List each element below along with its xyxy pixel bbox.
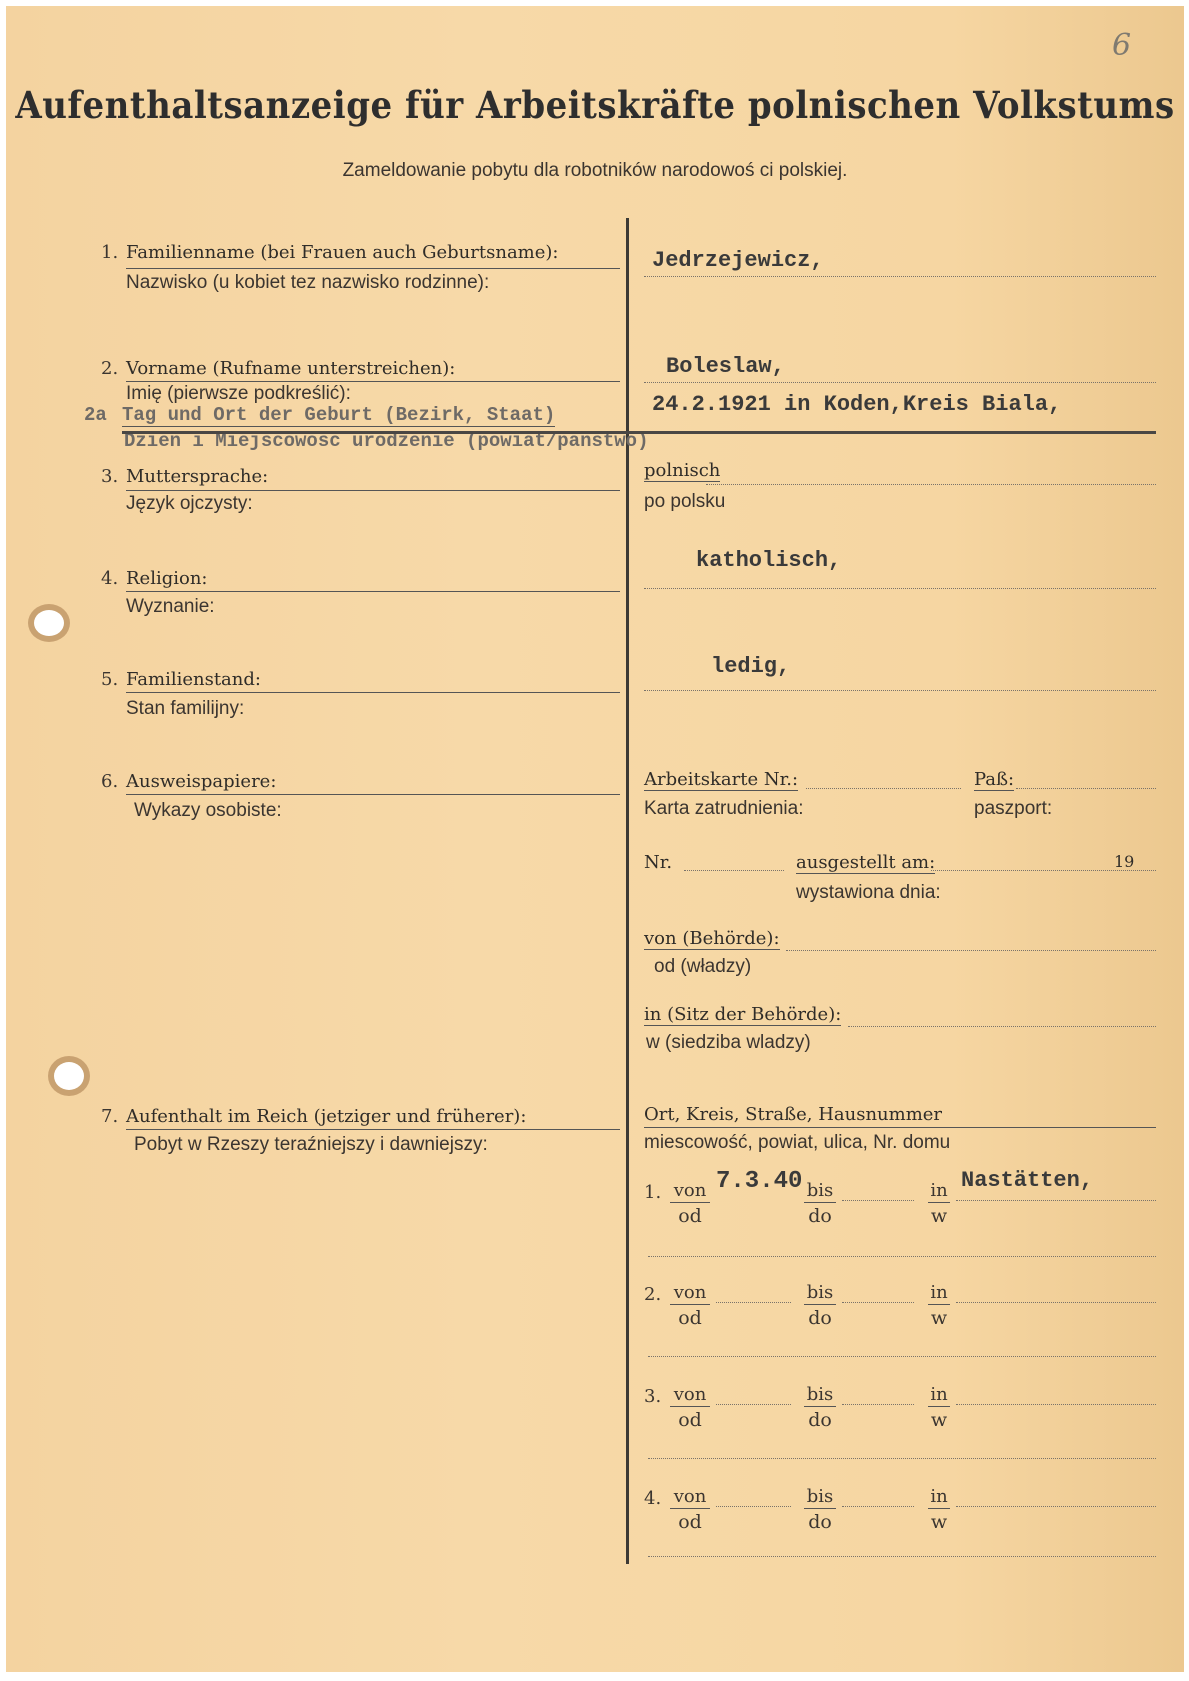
address-underline bbox=[644, 1127, 1156, 1128]
entry-2-von-dotline[interactable] bbox=[716, 1302, 791, 1303]
field-6-label-de: Ausweispapiere: bbox=[126, 771, 276, 792]
arbeitskarte-label-pl: Karta zatrudnienia: bbox=[644, 798, 804, 820]
form-subtitle: Zameldowanie pobytu dla robotników narod… bbox=[6, 160, 1184, 182]
entry-4-von: vonod bbox=[670, 1488, 710, 1532]
field-3-number: 3. bbox=[101, 466, 118, 487]
year-prefix: 19 bbox=[1114, 852, 1134, 871]
field-2-underline bbox=[126, 381, 620, 382]
arbeitskarte-label-de: Arbeitskarte Nr.: bbox=[644, 769, 798, 791]
entry-4-number: 4. bbox=[644, 1488, 661, 1509]
page-number: 6 bbox=[1112, 28, 1131, 63]
field-4-value[interactable]: katholisch, bbox=[696, 548, 841, 573]
entry-3-von: vonod bbox=[670, 1386, 710, 1430]
entry-3-von-dotline[interactable] bbox=[716, 1404, 791, 1405]
entry-1-von-value[interactable]: 7.3.40 bbox=[716, 1168, 802, 1195]
field-2a-rule bbox=[122, 431, 1156, 434]
field-2-value[interactable]: Boleslaw, bbox=[666, 354, 785, 379]
entry-2-number: 2. bbox=[644, 1284, 661, 1305]
entry-1-von: vonod bbox=[670, 1182, 710, 1226]
field-6-label-pl: Wykazy osobiste: bbox=[134, 800, 282, 822]
field-5-value[interactable]: ledig, bbox=[711, 654, 790, 679]
field-2-label-pl: Imię (pierwsze podkreślić): bbox=[126, 383, 351, 405]
entry-2-bis: bisdo bbox=[804, 1284, 836, 1328]
entry-4-von-dotline[interactable] bbox=[716, 1506, 791, 1507]
field-2a-value[interactable]: 24.2.1921 in Koden,Kreis Biala, bbox=[652, 392, 1061, 417]
field-1-label-pl: Nazwisko (u kobiet tez nazwisko rodzinne… bbox=[126, 272, 489, 294]
entry-3-in: inw bbox=[928, 1386, 950, 1430]
entry-1-in-value[interactable]: Nastätten, bbox=[961, 1168, 1093, 1193]
field-1-value[interactable]: Jedrzejewicz, bbox=[652, 248, 824, 273]
field-4-number: 4. bbox=[101, 568, 118, 589]
behoerde-dotline[interactable] bbox=[786, 950, 1156, 951]
field-7-label-de: Aufenthalt im Reich (jetziger und früher… bbox=[126, 1106, 526, 1127]
entry-3-in-dotline[interactable] bbox=[956, 1404, 1156, 1405]
nr-label: Nr. bbox=[644, 852, 672, 873]
ausgestellt-label-pl: wystawiona dnia: bbox=[796, 882, 941, 904]
column-divider bbox=[626, 218, 629, 1564]
entry-1-number: 1. bbox=[644, 1182, 661, 1203]
entry-1-continuation-dotline[interactable] bbox=[648, 1256, 1156, 1257]
entry-1-in-dotline bbox=[956, 1200, 1156, 1201]
sitz-label-pl: w (siedziba wladzy) bbox=[646, 1032, 811, 1054]
field-5-number: 5. bbox=[101, 669, 118, 690]
punch-hole-icon bbox=[54, 1062, 84, 1090]
field-1-label-de: Familienname (bei Frauen auch Geburtsnam… bbox=[126, 242, 558, 263]
entry-4-continuation-dotline[interactable] bbox=[648, 1556, 1156, 1557]
entry-4-in-dotline[interactable] bbox=[956, 1506, 1156, 1507]
entry-4-bis: bisdo bbox=[804, 1488, 836, 1532]
entry-4-bis-dotline[interactable] bbox=[842, 1506, 914, 1507]
entry-2-in-dotline[interactable] bbox=[956, 1302, 1156, 1303]
field-3-underline bbox=[126, 490, 620, 491]
entry-2-continuation-dotline[interactable] bbox=[648, 1356, 1156, 1357]
entry-3-continuation-dotline[interactable] bbox=[648, 1458, 1156, 1459]
field-5-dotline bbox=[644, 690, 1156, 691]
punch-hole-icon bbox=[34, 610, 64, 636]
field-4-underline bbox=[126, 591, 620, 592]
pass-label-pl: paszport: bbox=[974, 798, 1052, 820]
field-3-label-pl: Język ojczysty: bbox=[126, 493, 253, 515]
field-4-label-de: Religion: bbox=[126, 568, 208, 589]
address-label-de: Ort, Kreis, Straße, Hausnummer bbox=[644, 1104, 942, 1125]
field-1-underline bbox=[126, 268, 620, 269]
field-5-label-de: Familienstand: bbox=[126, 669, 261, 690]
field-7-label-pl: Pobyt w Rzeszy teraźniejszy i dawniejszy… bbox=[134, 1134, 488, 1156]
entry-2-in: inw bbox=[928, 1284, 950, 1328]
entry-2-bis-dotline[interactable] bbox=[842, 1302, 914, 1303]
field-4-label-pl: Wyznanie: bbox=[126, 596, 215, 618]
behoerde-label-de: von (Behörde): bbox=[644, 928, 780, 950]
sitz-dotline[interactable] bbox=[848, 1026, 1156, 1027]
pass-label-de: Paß: bbox=[974, 769, 1014, 791]
field-6-number: 6. bbox=[101, 771, 118, 792]
arbeitskarte-dotline[interactable] bbox=[806, 788, 961, 789]
field-5-underline bbox=[126, 692, 620, 693]
entry-1-bis: bisdo bbox=[804, 1182, 836, 1226]
field-7-number: 7. bbox=[101, 1106, 118, 1127]
entry-3-number: 3. bbox=[644, 1386, 661, 1407]
field-2a-number: 2a bbox=[84, 404, 107, 426]
field-5-label-pl: Stan familijny: bbox=[126, 698, 244, 720]
field-3-value-pl: po polsku bbox=[644, 491, 725, 513]
entry-3-bis-dotline[interactable] bbox=[842, 1404, 914, 1405]
entry-1-in: inw bbox=[928, 1182, 950, 1226]
field-2-label-de: Vorname (Rufname unterstreichen): bbox=[126, 358, 455, 379]
field-4-dotline bbox=[644, 588, 1156, 589]
nr-dotline[interactable] bbox=[684, 870, 784, 871]
entry-3-bis: bisdo bbox=[804, 1386, 836, 1430]
form-title: Aufenthaltsanzeige für Arbeitskräfte pol… bbox=[6, 84, 1184, 128]
address-label-pl: miescowość, powiat, ulica, Nr. domu bbox=[644, 1132, 950, 1154]
field-2-number: 2. bbox=[101, 358, 118, 379]
field-1-number: 1. bbox=[101, 242, 118, 263]
form-document: 6 Aufenthaltsanzeige für Arbeitskräfte p… bbox=[6, 6, 1184, 1672]
field-2-dotline bbox=[644, 382, 1156, 383]
sitz-label-de: in (Sitz der Behörde): bbox=[644, 1004, 841, 1026]
entry-2-von: vonod bbox=[670, 1284, 710, 1328]
behoerde-label-pl: od (władzy) bbox=[654, 956, 751, 978]
field-7-underline bbox=[126, 1129, 620, 1130]
field-3-dotline bbox=[706, 484, 1156, 485]
pass-dotline[interactable] bbox=[1016, 788, 1156, 789]
entry-4-in: inw bbox=[928, 1488, 950, 1532]
entry-1-bis-dotline[interactable] bbox=[842, 1200, 914, 1201]
field-1-dotline bbox=[644, 276, 1156, 277]
ausgestellt-label-de: ausgestellt am: bbox=[796, 852, 935, 874]
field-3-value-de: polnisch bbox=[644, 460, 720, 482]
field-3-label-de: Muttersprache: bbox=[126, 466, 268, 487]
field-6-underline bbox=[126, 794, 620, 795]
field-2a-label-de: Tag und Ort der Geburt (Bezirk, Staat) bbox=[122, 404, 555, 427]
